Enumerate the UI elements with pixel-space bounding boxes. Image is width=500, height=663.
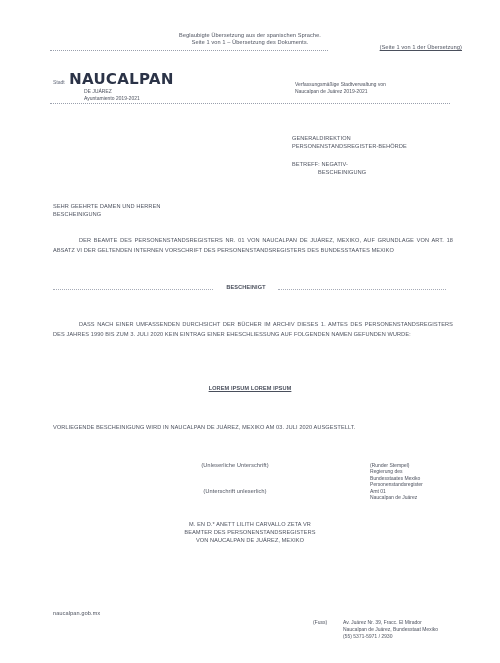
logo-word: NAUCALPAN bbox=[69, 70, 174, 88]
salutation-line1: SEHR GEEHRTE DAMEN UND HERREN bbox=[53, 204, 161, 211]
office-line1: GENERALDIREKTION bbox=[292, 136, 351, 143]
office-line2: PERSONENSTANDSREGISTER-BEHÖRDE bbox=[292, 144, 407, 151]
paragraph-issue-date: VORLIEGENDE BESCHEINIGUNG WIRD IN NAUCAL… bbox=[53, 423, 453, 433]
letterhead-right-line2: Naucalpan de Juárez 2019-2021 bbox=[295, 89, 368, 95]
official-location: VON NAUCALPAN DE JUÁREZ, MEXIKO bbox=[0, 538, 500, 545]
footer-address-label: (Fuss) bbox=[313, 620, 327, 626]
letterhead-right-line1: Verfassungsmäßige Stadtverwaltung von bbox=[295, 82, 386, 88]
separator-left bbox=[53, 289, 213, 291]
stamp-line: Naucalpan de Juárez bbox=[370, 495, 480, 501]
footer-address-line3: (55) 5371-5971 / 2930 bbox=[343, 634, 392, 640]
salutation-line2: BESCHEINIGUNG bbox=[53, 212, 101, 219]
separator-right bbox=[278, 289, 446, 291]
signature-label-2: (Unterschrift unleserlich) bbox=[165, 489, 305, 496]
signature-label: (Unleserliche Unterschrift) bbox=[170, 463, 300, 470]
stamp-description: (Runder Stempel) Regierung des Bundessta… bbox=[370, 463, 480, 501]
official-title: BEAMTER DES PERSONENSTANDSREGISTERS bbox=[0, 530, 500, 537]
footer-address-line2: Naucalpan de Juárez, Bundesstaat Mexiko bbox=[343, 627, 438, 633]
logo-sub1: DE JUÁREZ bbox=[84, 89, 112, 95]
logo-prefix: Stadt bbox=[53, 80, 65, 86]
paragraph-official-basis: DER BEAMTE DES PERSONENSTANDSREGISTERS N… bbox=[53, 236, 453, 256]
logo-sub2: Ayuntamiento 2019-2021 bbox=[84, 96, 140, 102]
paragraph-search-result: DASS NACH EINER UMFASSENDEN DURCHSICHT D… bbox=[53, 320, 453, 340]
subject-label: BETREFF: NEGATIV- bbox=[292, 162, 348, 169]
translation-header-line1: Beglaubigte Übersetzung aus der spanisch… bbox=[0, 33, 500, 40]
page-note: (Seite 1 von 1 der Übersetzung) bbox=[332, 45, 462, 52]
city-logo: Stadt NAUCALPAN bbox=[53, 70, 174, 89]
footer-address-line1: Av. Juárez Nr. 39, Fracc. El Mirador bbox=[343, 620, 422, 626]
subject-value: BESCHEINIGUNG bbox=[318, 170, 366, 177]
header-rule bbox=[50, 50, 328, 51]
certifies-heading: BESCHEINIGT bbox=[216, 285, 276, 292]
searched-name: LOREM IPSUM LOREM IPSUM bbox=[0, 386, 500, 393]
official-name: M. EN D.* ANETT LILITH CARVALLO ZETA VR bbox=[0, 522, 500, 529]
letterhead-rule bbox=[50, 103, 450, 104]
footer-website: naucalpan.gob.mx bbox=[53, 611, 100, 618]
